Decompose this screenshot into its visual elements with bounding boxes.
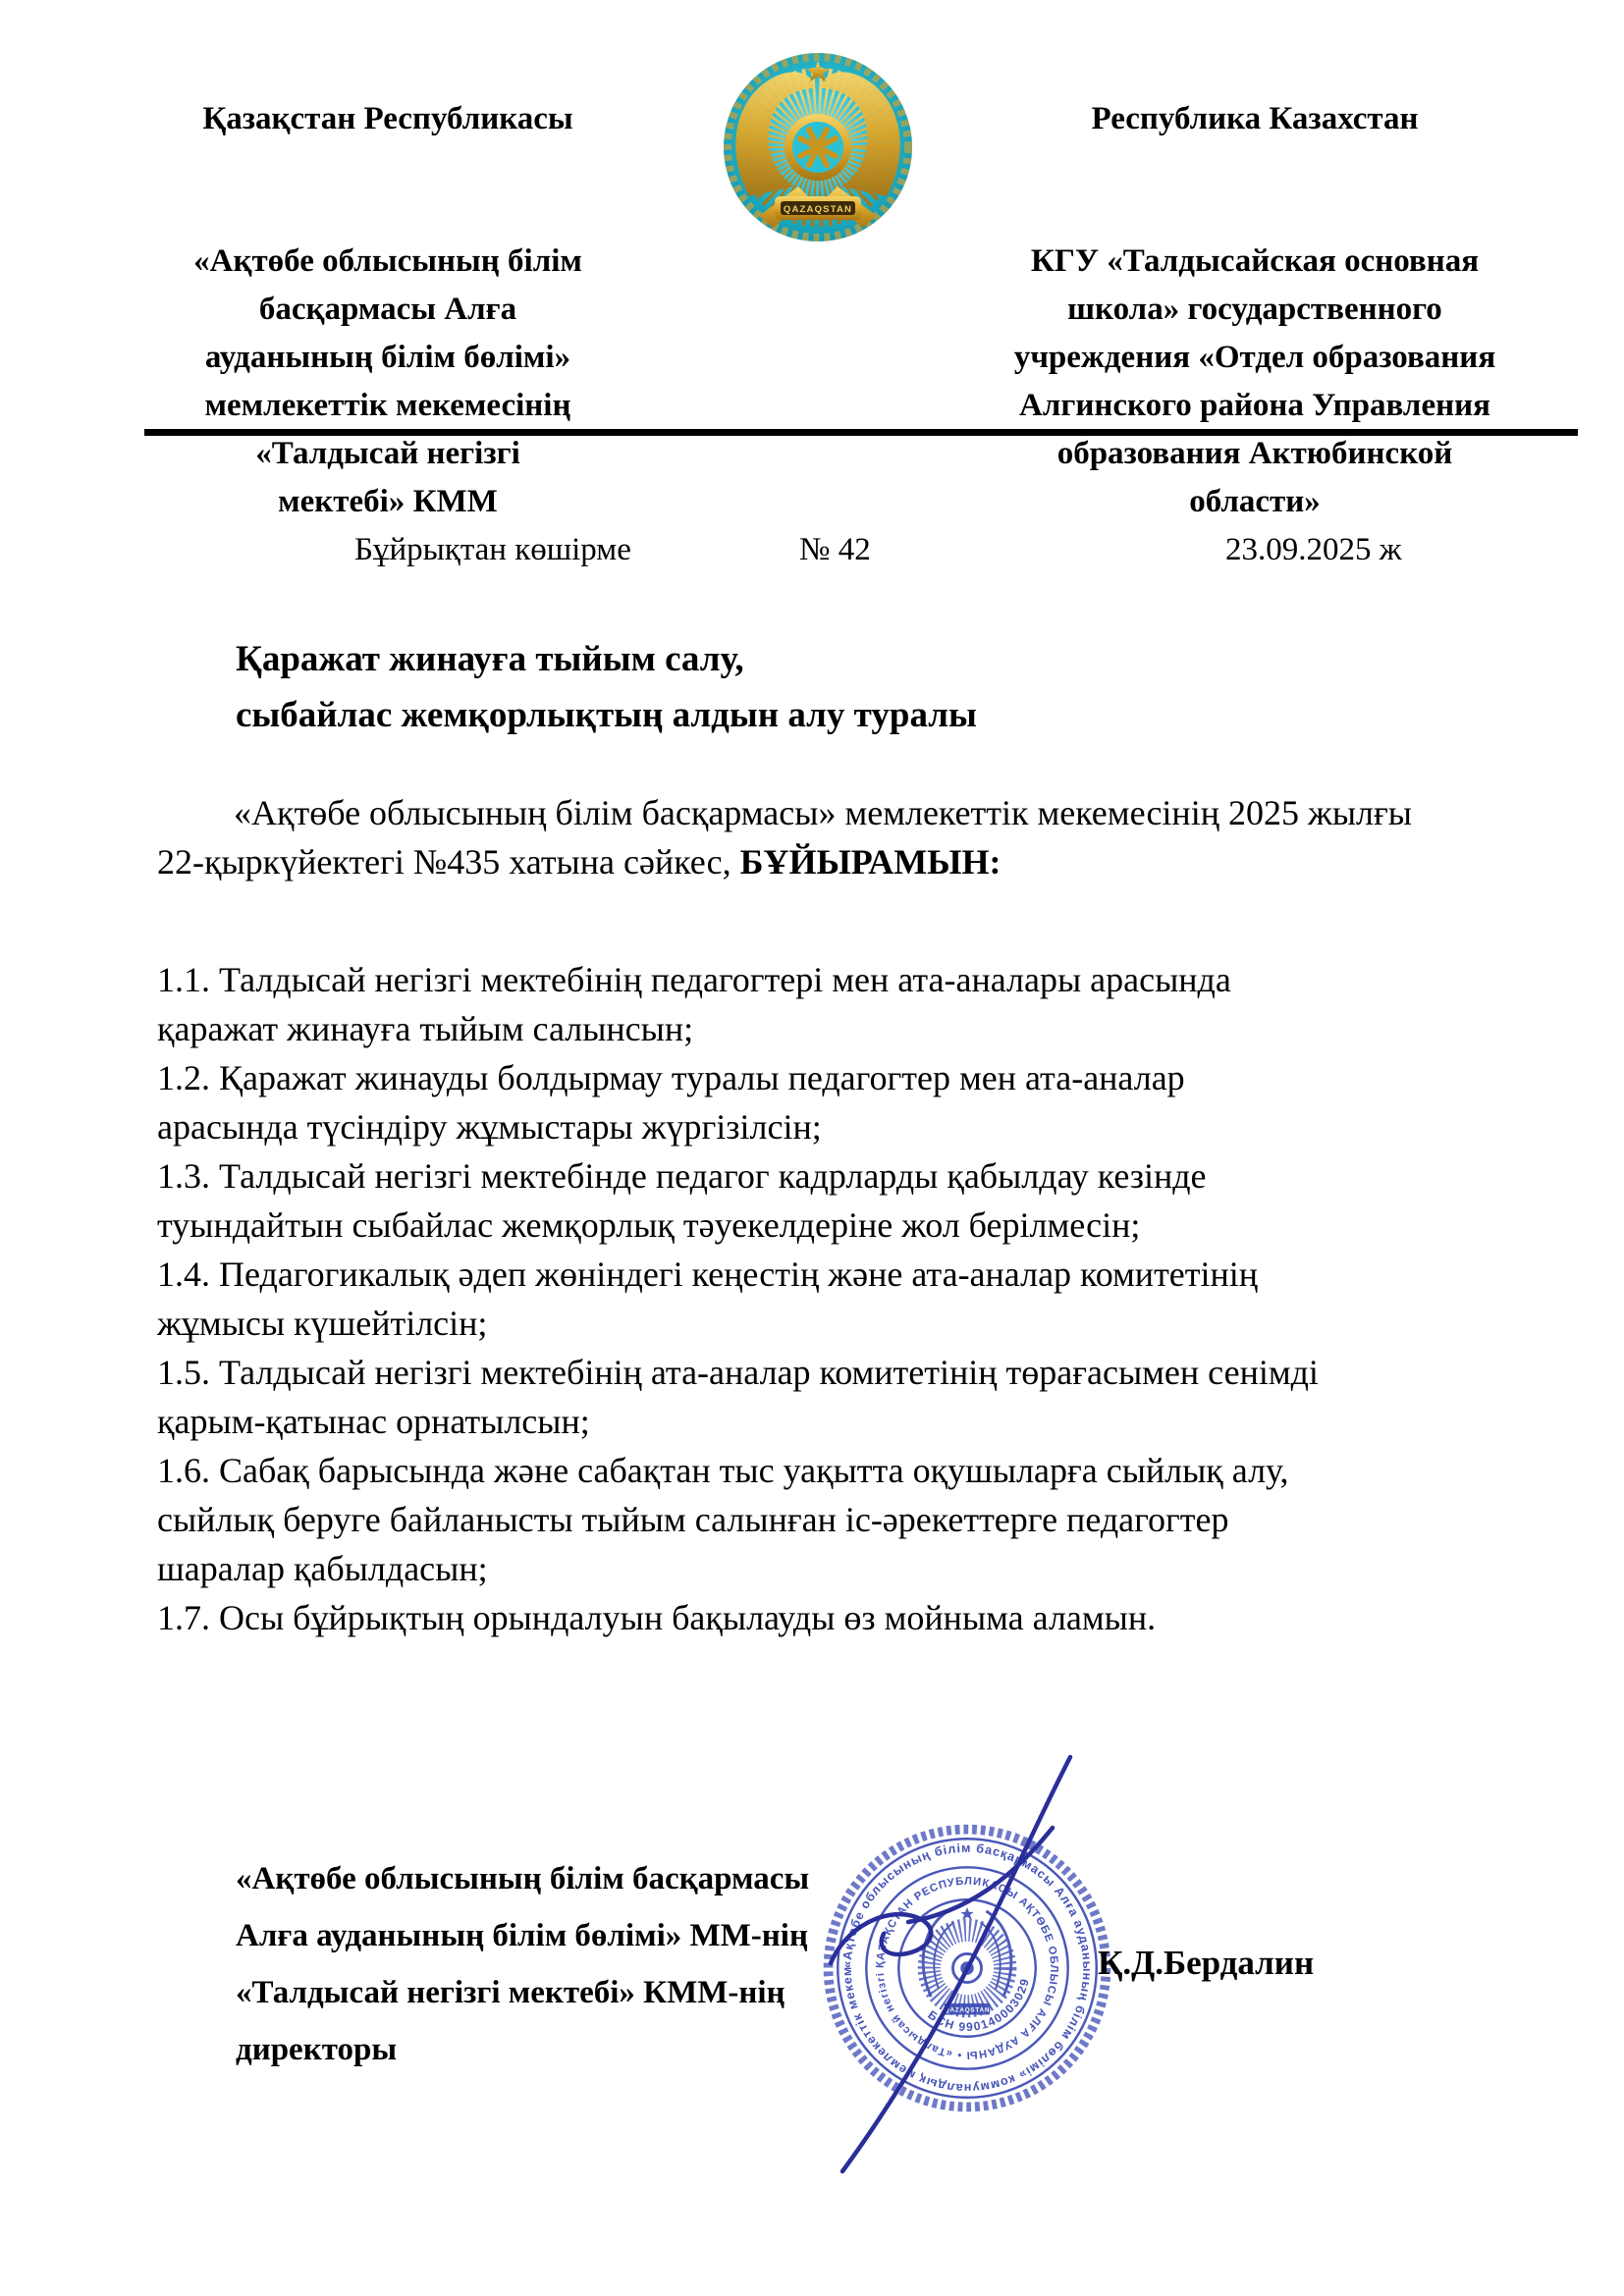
- header-left-kazakh: Қазақстан Республикасы «Ақтөбе облысының…: [137, 47, 638, 574]
- intro-order-keyword: БҰЙЫРАМЫН:: [740, 842, 1001, 881]
- order-item-1-2: 1.2. Қаражат жинауды болдырмау туралы пе…: [157, 1053, 1517, 1151]
- order-item-1-7: 1.7. Осы бұйрықтың орындалуын бақылауды …: [157, 1593, 1517, 1642]
- order-items-list: 1.1. Талдысай негізгі мектебінің педагог…: [157, 955, 1517, 1642]
- header-right-organization: КГУ «Талдысайская основная школа» госуда…: [965, 238, 1544, 526]
- order-item-1-6: 1.6. Сабақ барысында және сабақтан тыс у…: [157, 1446, 1517, 1593]
- document-page: Қазақстан Республикасы «Ақтөбе облысының…: [0, 0, 1624, 2296]
- signer-name: Қ.Д.Бердалин: [1098, 1944, 1314, 1983]
- order-copy-label: Бұйрықтан көшірме: [354, 532, 631, 568]
- order-item-1-5: 1.5. Талдысай негізгі мектебінің ата-ана…: [157, 1348, 1517, 1446]
- order-title: Қаражат жинауға тыйым салу, сыбайлас жем…: [236, 631, 977, 743]
- signature-main-stroke: [842, 1757, 1070, 2171]
- order-date: 23.09.2025 ж: [1225, 532, 1402, 568]
- order-intro-paragraph: «Ақтөбе облысының білім басқармасы» мемл…: [157, 788, 1512, 886]
- kazakhstan-coat-of-arms-icon: QAZAQSTAN: [720, 49, 916, 245]
- header-divider: [144, 429, 1578, 436]
- header-left-country: Қазақстан Республикасы: [137, 95, 638, 143]
- order-item-1-3: 1.3. Талдысай негізгі мектебінде педагог…: [157, 1151, 1517, 1250]
- emblem-banner-label: QAZAQSTAN: [784, 204, 852, 215]
- header-right-country: Республика Казахстан: [965, 95, 1544, 143]
- order-number: № 42: [799, 532, 871, 568]
- order-item-1-4: 1.4. Педагогикалық әдеп жөніндегі кеңест…: [157, 1250, 1517, 1348]
- header-right-russian: Республика Казахстан КГУ «Талдысайская о…: [965, 47, 1544, 574]
- order-item-1-1: 1.1. Талдысай негізгі мектебінің педагог…: [157, 955, 1517, 1053]
- header-left-organization: «Ақтөбе облысының білім басқармасы Алға …: [137, 238, 638, 526]
- director-signature-ink: [746, 1708, 1139, 2218]
